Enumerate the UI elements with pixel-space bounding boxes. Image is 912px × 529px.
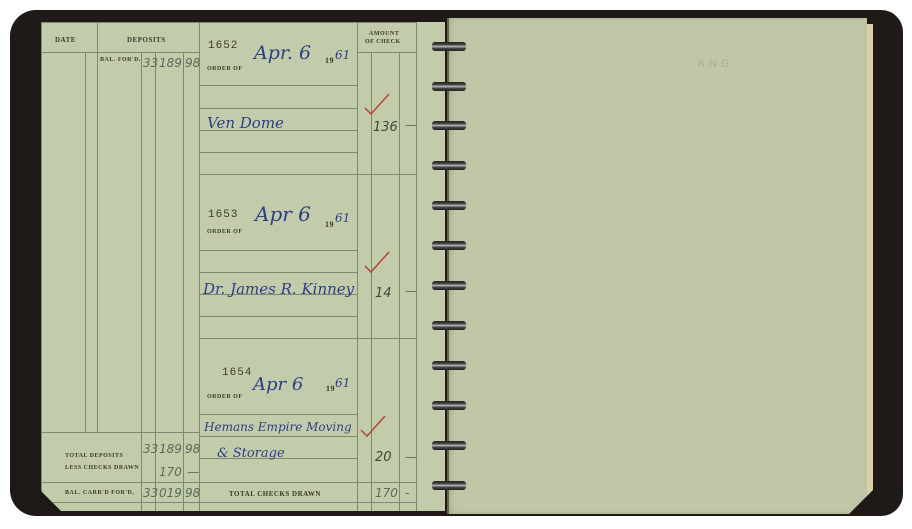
bal-carried-cents: 98 bbox=[185, 486, 200, 500]
payee-line-2: & Storage bbox=[217, 446, 285, 461]
bal-forward-cents: 98 bbox=[185, 56, 200, 70]
total-deposits-hundreds: 189 bbox=[159, 442, 182, 456]
date-header: DATE bbox=[55, 36, 76, 44]
bal-carried-forward-label: BAL. CARR'D FOR'D. bbox=[65, 490, 134, 496]
bal-carried-hundreds: 019 bbox=[159, 486, 182, 500]
spiral-ring bbox=[432, 481, 466, 490]
check-date: Apr 6 bbox=[253, 374, 303, 395]
spiral-ring bbox=[432, 281, 466, 290]
less-checks-drawn-label: LESS CHECKS DRAWN bbox=[65, 465, 139, 471]
year-prefix: 19 bbox=[326, 384, 335, 393]
less-checks-cents: — bbox=[187, 465, 199, 479]
page-corner bbox=[40, 490, 62, 512]
blank-page: ANG bbox=[447, 18, 867, 514]
payee-line-1: Hemans Empire Moving bbox=[204, 420, 352, 434]
total-checks-drawn-label: TOTAL CHECKS DRAWN bbox=[229, 490, 321, 498]
amount-cents: — bbox=[405, 284, 417, 298]
spiral-ring bbox=[432, 42, 466, 51]
amount-dollars: 20 bbox=[375, 450, 392, 465]
check-date: Apr. 6 bbox=[254, 42, 311, 64]
total-deposits-thousands: 33 bbox=[143, 442, 158, 456]
total-deposits-cents: 98 bbox=[185, 442, 200, 456]
deposits-header: DEPOSITS bbox=[127, 36, 166, 44]
year-prefix: 19 bbox=[325, 56, 334, 65]
spiral-ring bbox=[432, 321, 466, 330]
spine bbox=[447, 18, 449, 514]
bal-forward-label: BAL. FOR'D. bbox=[100, 57, 141, 63]
check-register-page: DATE DEPOSITS AMOUNT OF CHECK BAL. FOR'D… bbox=[41, 22, 445, 511]
spiral-ring bbox=[432, 401, 466, 410]
amount-dollars: 14 bbox=[375, 286, 392, 301]
amount-header-2: OF CHECK bbox=[365, 39, 401, 45]
year-suffix: 61 bbox=[335, 48, 350, 62]
amount-cents: — bbox=[405, 450, 417, 464]
checkmark-icon bbox=[359, 414, 387, 438]
order-of-label: ORDER OF bbox=[207, 229, 243, 235]
year-suffix: 61 bbox=[335, 211, 350, 225]
amount-dollars: 136 bbox=[373, 120, 398, 135]
spiral-ring bbox=[432, 241, 466, 250]
spiral-ring bbox=[432, 82, 466, 91]
spiral-ring bbox=[432, 121, 466, 130]
amount-header-1: AMOUNT bbox=[369, 31, 399, 37]
less-checks-hundreds: 170 bbox=[159, 465, 182, 479]
payee: Dr. James R. Kinney bbox=[203, 280, 354, 298]
bleed-through-text: ANG bbox=[697, 58, 733, 70]
bal-carried-thousands: 33 bbox=[143, 486, 158, 500]
checkmark-icon bbox=[363, 250, 391, 274]
check-date: Apr 6 bbox=[255, 202, 311, 226]
year-prefix: 19 bbox=[325, 220, 334, 229]
total-checks-dollars: 170 bbox=[375, 486, 398, 500]
spiral-ring bbox=[432, 361, 466, 370]
spiral-ring bbox=[432, 201, 466, 210]
page-corner bbox=[848, 489, 874, 515]
spiral-ring bbox=[432, 441, 466, 450]
total-checks-cents: - bbox=[405, 486, 409, 500]
amount-cents: — bbox=[405, 118, 417, 132]
check-number: 1652 bbox=[208, 40, 238, 52]
total-deposits-label: TOTAL DEPOSITS bbox=[65, 453, 123, 459]
order-of-label: ORDER OF bbox=[207, 66, 243, 72]
check-number: 1653 bbox=[208, 209, 238, 221]
page-edges bbox=[867, 24, 873, 502]
bal-forward-hundreds: 189 bbox=[159, 56, 182, 70]
check-number: 1654 bbox=[222, 367, 252, 379]
year-suffix: 61 bbox=[335, 376, 350, 390]
bal-forward-thousands: 33 bbox=[143, 56, 158, 70]
spiral-ring bbox=[432, 161, 466, 170]
checkmark-icon bbox=[363, 92, 391, 116]
payee: Ven Dome bbox=[207, 114, 284, 132]
order-of-label: ORDER OF bbox=[207, 394, 243, 400]
